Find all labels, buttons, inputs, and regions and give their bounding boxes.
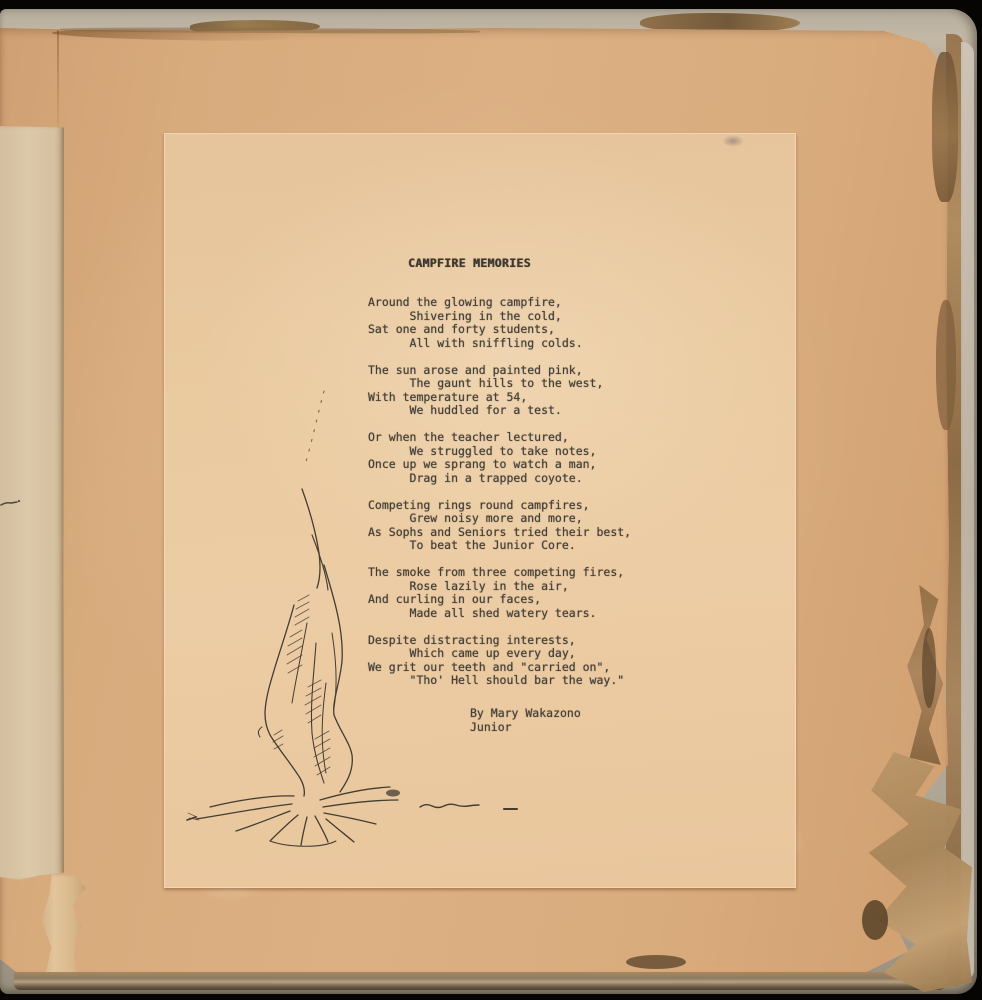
pencil-smudge: [722, 135, 744, 147]
poem-sheet: CAMPFIRE MEMORIES Around the glowing cam…: [164, 133, 796, 888]
stray-ink-mark: [0, 496, 24, 510]
dark-tear-spot: [862, 900, 888, 940]
torn-kraft-right-mid: [936, 300, 956, 430]
scrapbook-photo: CAMPFIRE MEMORIES Around the glowing cam…: [0, 0, 982, 1000]
cover-board-edge: [961, 42, 974, 980]
campfire-sketch-drawing: [174, 383, 534, 863]
torn-kraft-right-top: [932, 52, 958, 202]
dark-tear-spot: [626, 955, 686, 969]
dark-tear-spot: [922, 628, 936, 708]
page-crease: [57, 30, 59, 130]
poem-title: CAMPFIRE MEMORIES: [408, 256, 531, 270]
bottom-page-edges: [14, 972, 948, 990]
